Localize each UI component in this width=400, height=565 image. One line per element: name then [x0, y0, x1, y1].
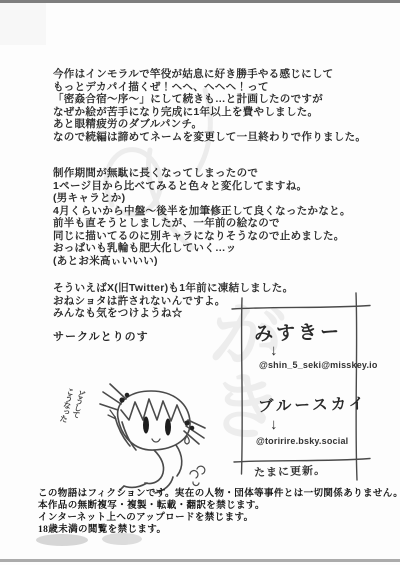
afterword-line: (男キャラとか)	[53, 192, 351, 205]
afterword-line: もっとデカパイ描くぜ！ヘヘ、ヘヘヘ！って	[53, 81, 366, 94]
down-arrow-icon: ↓	[270, 416, 278, 433]
afterword-line: 1ページ目から比べてみると色々と変化してますね。	[53, 180, 351, 193]
afterword-line: なので続編は諦めてネームを変更して一旦終わりで作りました。	[53, 131, 366, 144]
afterword-paragraph-2: 制作期間が無駄に長くなってしまったので 1ページ目から比べてみると色々と変化して…	[53, 167, 351, 267]
scan-corner-shade	[0, 3, 46, 45]
afterword-line: おっぱいも乳輪も肥大化していく…ッ	[53, 242, 351, 255]
misskey-label: みすきー	[254, 317, 343, 346]
misskey-handle: @shin_5_seki@misskey.io	[259, 360, 378, 370]
down-arrow-icon: ↓	[270, 342, 278, 359]
disclaimer-line: 18歳未満の閲覧を禁じます。	[38, 524, 400, 536]
bluesky-label: ブルースカイ	[258, 392, 368, 417]
afterword-line: 制作期間が無駄に長くなってしまったので	[53, 167, 351, 180]
disclaimer-line: 本作品の無断複写・複製・転載・翻訳を禁じます。	[38, 500, 400, 512]
disclaimer-line: インターネット上へのアップロードを禁じます。	[38, 512, 400, 524]
afterword-line: (あとお米高ぃいいい)	[53, 255, 351, 268]
afterword-page: が き 今作はインモラルで竿役が姑息に好き勝手やる感じにして もっとデカパイ描く…	[0, 0, 400, 565]
afterword-paragraph-1: 今作はインモラルで竿役が姑息に好き勝手やる感じにして もっとデカパイ描くぜ！ヘヘ…	[53, 68, 366, 143]
chibi-doodle: どうして こうなった	[58, 378, 208, 500]
afterword-line: 4月くらいから中盤〜後半を加筆修正して良くなったかなと。	[53, 205, 351, 218]
circle-name: サークルとりのす	[53, 328, 149, 344]
afterword-line: なぜか絵が苦手になり完成に1年以上を費やしました。	[53, 106, 366, 119]
bluesky-handle: @toririre.bsky.social	[256, 436, 348, 446]
afterword-line: あと眼精疲労のダブルパンチ。	[53, 118, 366, 131]
afterword-line: 今作はインモラルで竿役が姑息に好き勝手やる感じにして	[53, 68, 366, 81]
afterword-line: 前半も直そうとしましたが、一年前の絵なので	[53, 217, 351, 230]
afterword-line: 「密姦合宿〜序〜」にして続きも…と計画したのですが	[53, 93, 366, 106]
afterword-line: 同じに描いてるのに別キャラになりそうなので止めました。	[53, 230, 351, 243]
page-top-edge-bar	[0, 0, 400, 3]
legal-disclaimer: この物語はフィクションです。実在の人物・団体等事件とは一切関係ありません。 本作…	[38, 488, 400, 536]
disclaimer-line: この物語はフィクションです。実在の人物・団体等事件とは一切関係ありません。	[38, 488, 400, 500]
page-bottom-edge-bar	[0, 559, 400, 562]
update-frequency-note: たまに更新。	[254, 462, 327, 481]
contact-info-box: みすきー ↓ @shin_5_seki@misskey.io ブルースカイ ↓ …	[230, 290, 395, 490]
